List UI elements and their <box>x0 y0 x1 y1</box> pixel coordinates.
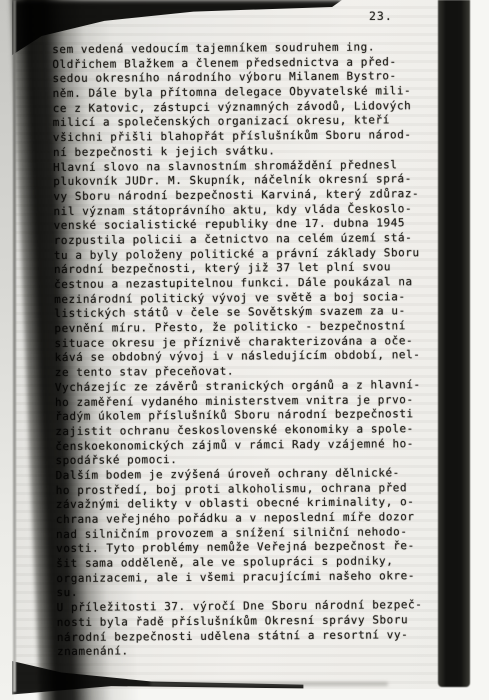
page-fold-line <box>13 0 16 692</box>
adjacent-page-edge <box>0 0 14 700</box>
page-number: 23. <box>369 9 393 23</box>
right-black-band <box>438 0 470 687</box>
scanned-document-photo: 23. sem vedená vedoucím tajemníkem soudr… <box>0 0 489 700</box>
bottom-edge-streak <box>150 682 388 686</box>
